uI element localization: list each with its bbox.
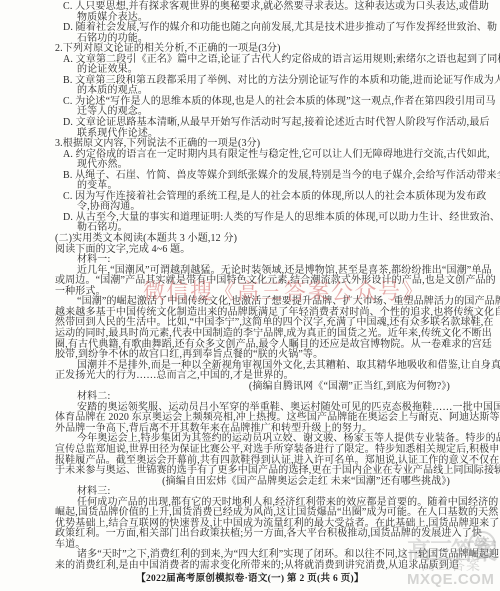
- text-line: 阅读下面的文字,完成 4~6 题。: [0, 245, 500, 256]
- text-line: C. 为论述“写作是人的思维本质的体现,也是人的社会本质的体现”这一观点,作者在…: [0, 97, 500, 108]
- text-line: A. 文章第二段引《正名》篇中之语,论证了古代人约定俗成的语言运用规则;索绪尔之…: [0, 55, 500, 66]
- text-line: (摘编自腾讯网《“国潮”正当红,到底为何物?》): [0, 382, 500, 393]
- text-line: C. 人只要思想,并有探求客观世界的奥秘要求,就必然要寻求表达。这种表达或为口头…: [0, 2, 500, 13]
- text-line: B. 文章第三段和第五段都采用了举例、对比的方法分别论证写作的本质和功能,进而论…: [0, 76, 500, 87]
- text-line: 运动的同时,最具时尚元素,代表中国制造的李宁品牌,成为真正的国货之光。近年来,传…: [0, 329, 500, 340]
- text-line: D. 从古至今,大量的事实和道理证明:人类的写作是人的思维本质的体现,可以助力生…: [0, 213, 500, 224]
- text-line: (摘编自田宏炜《国产品牌奥运会走红 未来“国潮”还有哪些挑战》): [0, 477, 500, 488]
- text-line: D. 文章论证思路基本清晰,从最早开始写作活动时写起,接着论述近古时代智人阶段写…: [0, 118, 500, 129]
- text-line: 宣传总监郑旭说,世界田径为保证比赛公平,对选手所穿装备进行了限定。特步知悉相关规…: [0, 445, 500, 456]
- text-lines: C. 人只要思想,并有探求客观世界的奥秘要求,就必然要寻求表达。这种表达或为口头…: [0, 2, 500, 572]
- exam-page: C. 人只要思想,并有探求客观世界的奥秘要求,就必然要寻求表达。这种表达或为口头…: [0, 0, 500, 591]
- text-line: B. 从绳子、石崖、竹简、兽皮等媒介到纸张媒介的发展,特别是当今的电子媒介,会给…: [0, 171, 500, 182]
- text-line: 胶带,到纷争不休的故宫口红,再到奉旨点餐的“朕的火锅”等。: [0, 350, 500, 361]
- page-footer: 【2022届高考原创模拟卷·语文(一) 第 2 页(共 6 页)】: [0, 570, 500, 584]
- text-line: A. 约定俗成的语言在一定时期内具有限定性与稳定性,它可以让人们无障碍地进行交流…: [0, 150, 500, 161]
- text-line: C. 因为写作连接着社会管理的系统工程,是人的社会本质的体现,所以人的社会本质体…: [0, 192, 500, 203]
- text-line: (二)实用类文本阅读(本题共 3 小题,12 分): [0, 234, 500, 245]
- text-line: D. 随着社会发展,写作的媒介和功能也随之向前发展,尤其是技术进步推动了写作发挥…: [0, 23, 500, 34]
